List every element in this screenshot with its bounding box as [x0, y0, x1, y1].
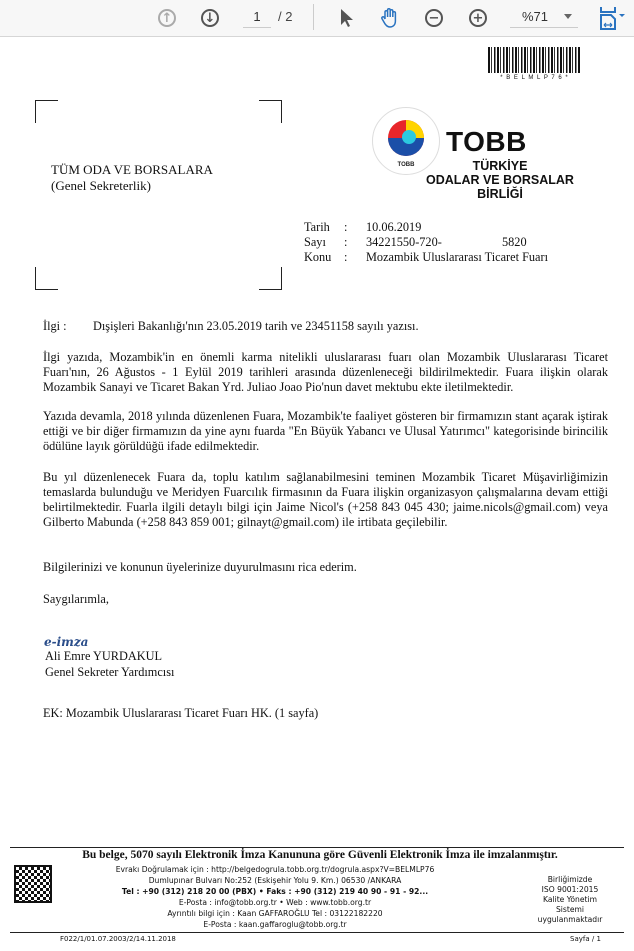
- barcode-text: * B E L M L P 7 6 *: [488, 75, 581, 81]
- paragraph: Bilgilerinizi ve konunun üyelerinize duy…: [43, 560, 608, 575]
- footer-contact: Evrakı Doğrulamak için : http://belgedog…: [100, 864, 450, 930]
- attachment-note: EK: Mozambik Uluslararası Ticaret Fuarı …: [43, 706, 318, 721]
- page-number-input[interactable]: 1: [243, 7, 271, 28]
- address-corner: [259, 100, 282, 123]
- page-total: / 2: [278, 7, 292, 27]
- iso-line: Kalite Yönetim: [525, 895, 615, 905]
- reference-label: İlgi :: [43, 319, 93, 334]
- recipient-name: TÜM ODA VE BORSALARA: [51, 162, 213, 178]
- iso-line: Sistemi: [525, 905, 615, 915]
- form-code: F022/1/01.07.2003/2/14.11.2018: [60, 934, 176, 945]
- meta-value: 10.06.2019: [366, 220, 421, 235]
- meta-value: Mozambik Uluslararası Ticaret Fuarı: [366, 250, 548, 265]
- iso-line: uygulanmaktadır: [525, 915, 615, 925]
- paragraph: İlgi yazıda, Mozambik'in en önemli karma…: [43, 350, 608, 395]
- zoom-out-icon: −: [425, 9, 443, 27]
- zoom-in-icon: +: [469, 9, 487, 27]
- signatory-title: Genel Sekreter Yardımcısı: [45, 665, 174, 680]
- meta-label: Sayı: [304, 235, 344, 250]
- zoom-in-button[interactable]: +: [466, 6, 490, 30]
- footer-line: Tel : +90 (312) 218 20 00 (PBX) • Faks :…: [100, 886, 450, 897]
- page-label: Sayfa / 1: [570, 934, 601, 945]
- meta-extra: 5820: [502, 235, 527, 250]
- iso-line: Birliğimizde: [525, 875, 615, 885]
- prev-page-button[interactable]: ↑: [155, 6, 179, 30]
- meta-sep: :: [344, 220, 366, 235]
- select-tool-button[interactable]: [336, 6, 358, 30]
- hand-tool-icon: [379, 7, 401, 29]
- zoom-level-select[interactable]: %71: [510, 7, 578, 28]
- fit-page-icon: [597, 6, 627, 30]
- meta-value: 34221550-720-: [366, 235, 502, 250]
- address-corner: [259, 267, 282, 290]
- select-arrow-icon: [340, 8, 354, 28]
- next-page-icon: ↓: [201, 9, 219, 27]
- meta-sep: :: [344, 235, 366, 250]
- footer-line: Dumlupınar Bulvarı No:252 (Eskişehir Yol…: [100, 875, 450, 886]
- zoom-level-value: %71: [522, 7, 548, 27]
- recipient-block: TÜM ODA VE BORSALARA (Genel Sekreterlik): [51, 162, 213, 194]
- address-corner: [35, 100, 58, 123]
- fit-page-button[interactable]: [596, 6, 628, 30]
- e-signature-notice: Bu belge, 5070 sayılı Elektronik İmza Ka…: [40, 849, 600, 861]
- logo-title: TOBB: [446, 127, 527, 157]
- iso-notice: Birliğimizde ISO 9001:2015 Kalite Yöneti…: [525, 875, 615, 925]
- verify-link[interactable]: Evrakı Doğrulamak için : http://belgedog…: [100, 864, 450, 875]
- zoom-out-button[interactable]: −: [422, 6, 446, 30]
- next-page-button[interactable]: ↓: [198, 6, 222, 30]
- meta-sep: :: [344, 250, 366, 265]
- paragraph: Bu yıl düzenlenecek Fuara da, toplu katı…: [43, 470, 608, 530]
- hand-tool-button[interactable]: [377, 6, 403, 30]
- prev-page-icon: ↑: [158, 9, 176, 27]
- meta-row-date: Tarih : 10.06.2019: [304, 220, 548, 235]
- reference-text: Dışişleri Bakanlığı'nın 23.05.2019 tarih…: [93, 319, 419, 334]
- document-page: * B E L M L P 7 6 * TÜM ODA VE BORSALARA…: [0, 37, 634, 951]
- logo-org-name: TÜRKİYE ODALAR VE BORSALAR BİRLİĞİ: [400, 159, 600, 201]
- qr-code: [14, 865, 52, 903]
- logo-line: TÜRKİYE: [400, 159, 600, 173]
- footer-bottom-divider: [10, 932, 624, 933]
- closing: Saygılarımla,: [43, 592, 109, 607]
- meta-row-number: Sayı : 34221550-720- 5820: [304, 235, 548, 250]
- footer-divider: [10, 847, 624, 848]
- signatory-name: Ali Emre YURDAKUL: [45, 649, 162, 664]
- iso-line: ISO 9001:2015: [525, 885, 615, 895]
- e-signature-mark: e-imza: [44, 635, 88, 649]
- meta-label: Konu: [304, 250, 344, 265]
- document-meta: Tarih : 10.06.2019 Sayı : 34221550-720- …: [304, 220, 548, 265]
- meta-row-subject: Konu : Mozambik Uluslararası Ticaret Fua…: [304, 250, 548, 265]
- barcode: [488, 47, 581, 73]
- reference-line: İlgi : Dışişleri Bakanlığı'nın 23.05.201…: [43, 319, 608, 334]
- chevron-down-icon: [564, 14, 572, 19]
- footer-line: E-Posta : kaan.gaffaroglu@tobb.org.tr: [100, 919, 450, 930]
- recipient-department: (Genel Sekreterlik): [51, 178, 213, 194]
- toolbar-divider: [313, 4, 314, 30]
- paragraph: Yazıda devamla, 2018 yılında düzenlenen …: [43, 409, 608, 454]
- meta-label: Tarih: [304, 220, 344, 235]
- footer-line: Ayrıntılı bilgi için : Kaan GAFFAROĞLU T…: [100, 908, 450, 919]
- address-corner: [35, 267, 58, 290]
- pdf-toolbar: ↑ ↓ 1 / 2 − + %71: [0, 0, 634, 37]
- logo-line: ODALAR VE BORSALAR: [400, 173, 600, 187]
- footer-line: E-Posta : info@tobb.org.tr • Web : www.t…: [100, 897, 450, 908]
- logo-line: BİRLİĞİ: [400, 187, 600, 201]
